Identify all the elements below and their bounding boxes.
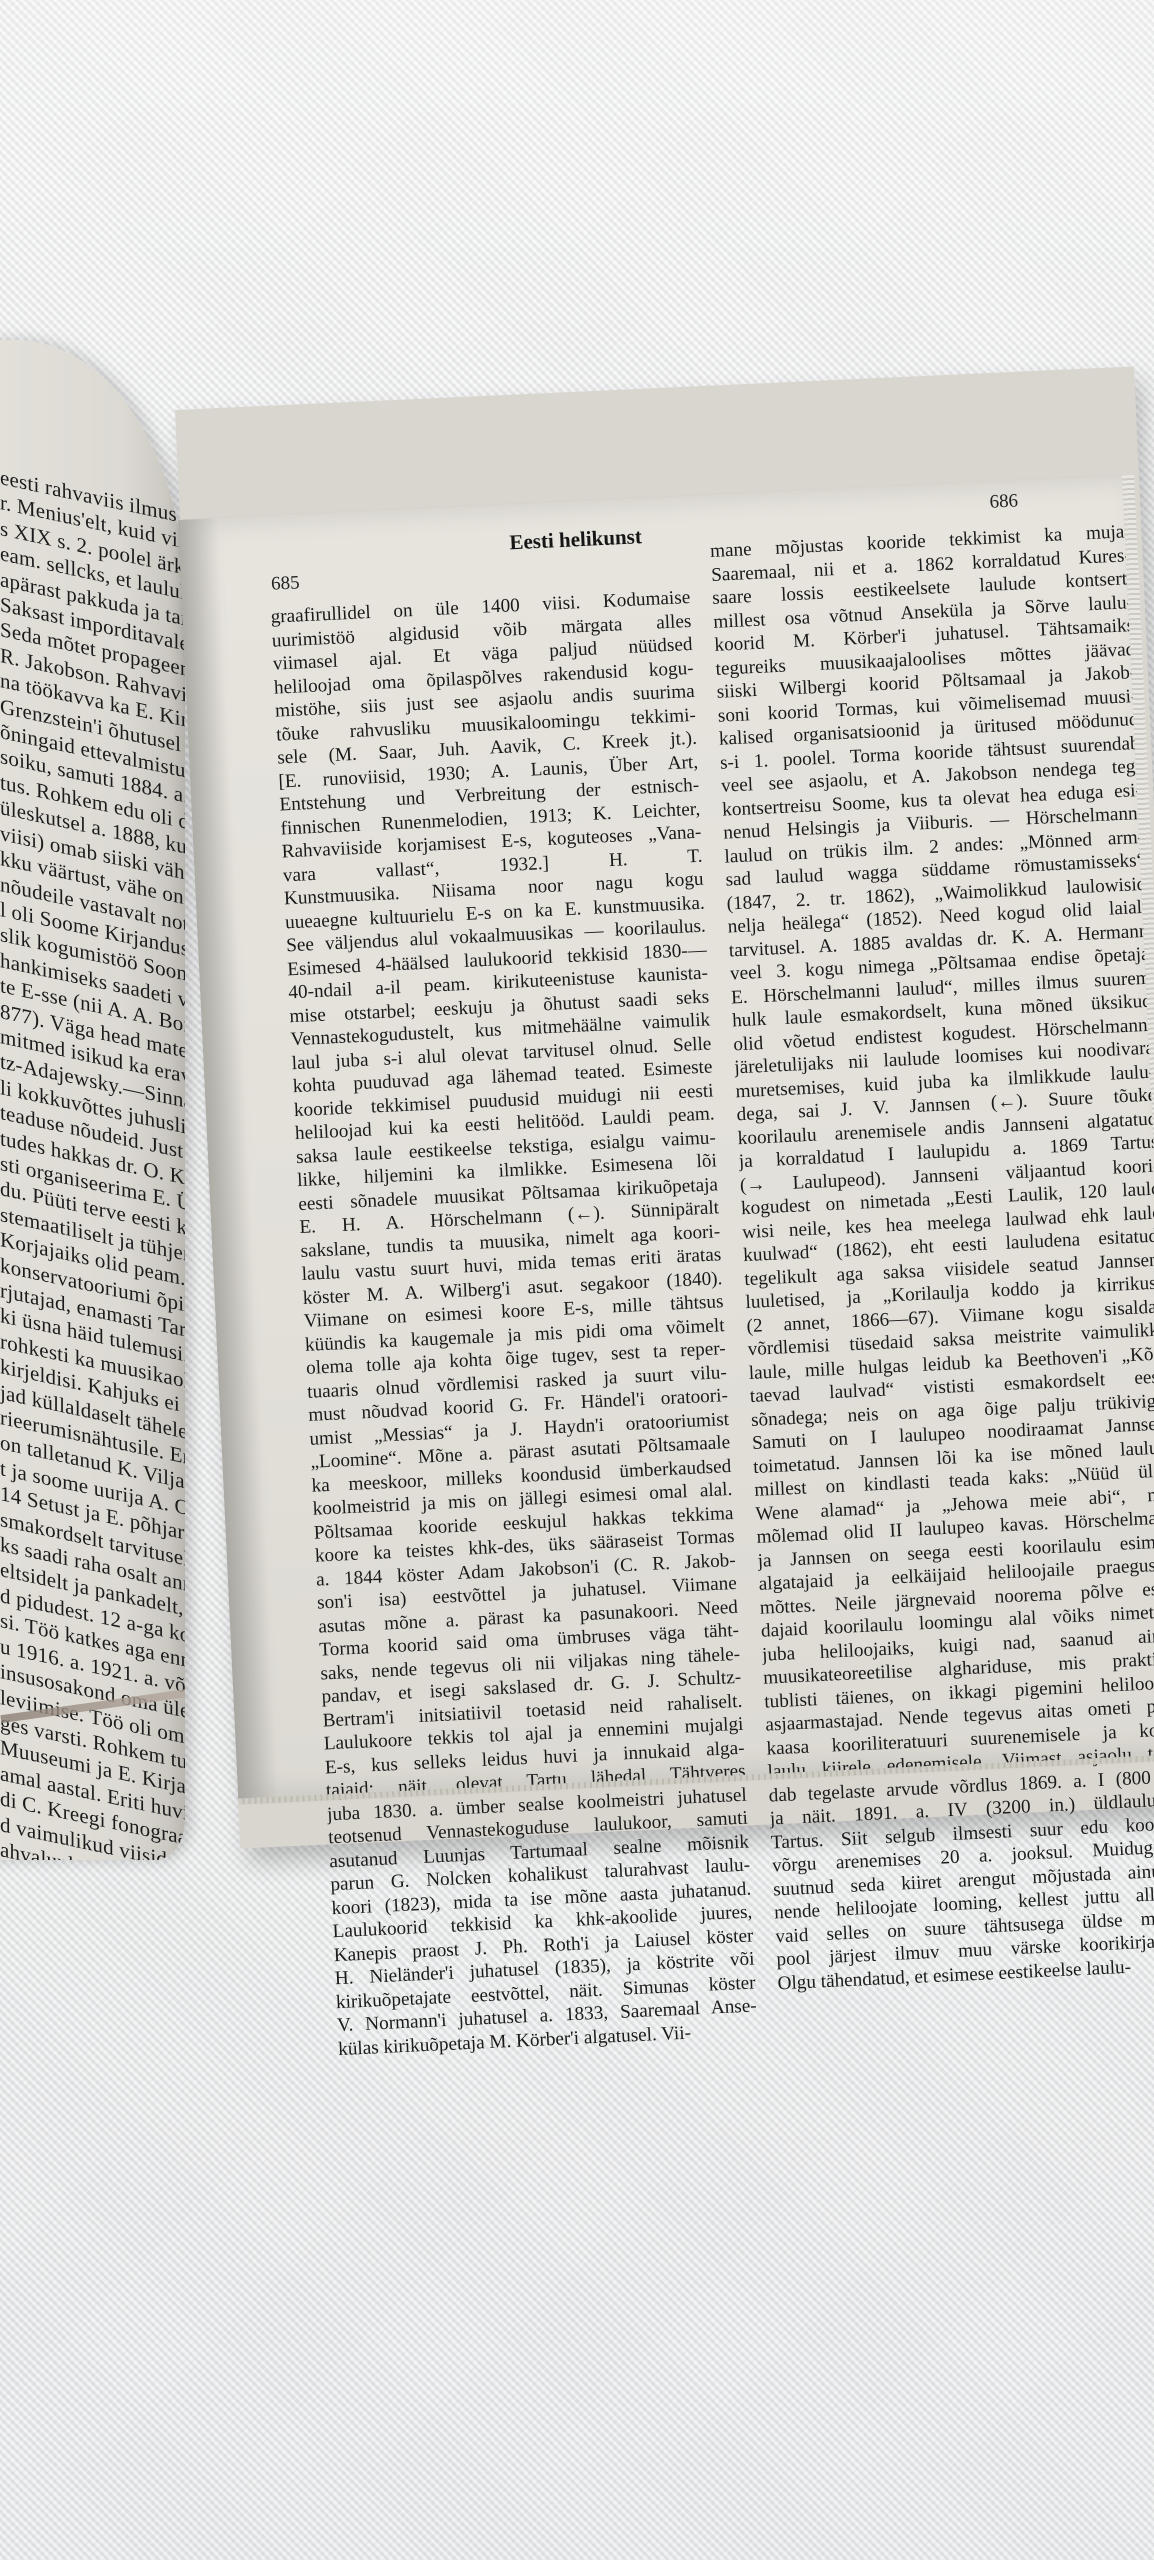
spine-shadow (178, 518, 278, 1798)
previous-page-text: eesti rahvaviis ilmus trükituna jubar. M… (0, 465, 185, 1860)
page-number-left: 685 (271, 572, 301, 595)
previous-page-curled: eesti rahvaviis ilmus trükituna jubar. M… (0, 340, 185, 1860)
text-column-left: graafirullidel on üle 1400 viisi. Koduma… (270, 586, 758, 2061)
page-number-right: 686 (989, 490, 1019, 513)
running-head-title: Eesti helikunst (509, 524, 642, 555)
book-spread-page: 686 Eesti helikunst 685 graafirullidel o… (178, 475, 1154, 1798)
